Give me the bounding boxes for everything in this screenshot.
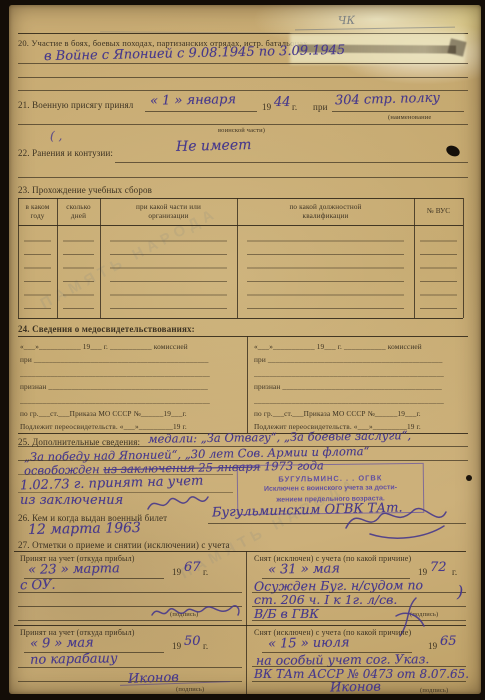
medical-left-column: «___»___________ 19___ г. ___________ ко…	[20, 340, 242, 434]
stamp-line-2: Исключен с воинского учета за дости-	[238, 484, 423, 495]
medical-row: по гр.___ст.___Приказа МО СССР №______19…	[254, 407, 464, 420]
medical-row: признан ________________________________…	[254, 380, 464, 393]
col-header-days: сколько дней	[58, 200, 99, 224]
rule-line	[18, 77, 468, 78]
medical-row: ________________________________________…	[254, 394, 464, 407]
signature-squiggle	[145, 489, 210, 515]
empty-cell-lines	[58, 228, 99, 316]
printed-year-suffix: г.	[292, 102, 297, 112]
field-label-wounds: 22. Ранения и контузии:	[18, 148, 113, 158]
handwritten-signature-name: Иконов	[330, 680, 381, 696]
handwritten-remove-reason-3: В/Б в ГВК	[254, 606, 319, 621]
medical-row: по гр.___ст.___Приказа МО СССР №______19…	[20, 407, 242, 420]
handwritten-oath-date: « 1 » января	[150, 92, 236, 108]
release-pre: освобожден	[24, 462, 104, 477]
printed-year-suffix: г.	[203, 641, 208, 651]
field-label-registration: 27. Отметки о приеме и снятии (исключени…	[18, 540, 230, 550]
handwritten-accept-from-1: с ОУ.	[20, 578, 56, 594]
medical-right-column: «___»___________ 19___ г. ___________ ко…	[254, 340, 464, 434]
blank-underline	[115, 162, 468, 163]
handwritten-registered-2: из заключения	[20, 493, 123, 508]
handwritten-oath-year: 44	[274, 95, 291, 110]
medical-col-divider	[247, 336, 248, 433]
rule-line	[18, 592, 242, 593]
medical-row: ________________________________________…	[254, 367, 464, 380]
rule-line	[18, 124, 468, 125]
signature-flourish	[340, 500, 450, 540]
table-header-divider	[18, 225, 463, 226]
medical-row: признан ________________________________…	[20, 380, 242, 393]
handwritten-year-3: 50	[184, 634, 201, 649]
rule-line	[18, 63, 468, 64]
empty-cell-lines	[238, 228, 413, 316]
handwritten-year-2: 72	[430, 560, 447, 575]
stray-ink-mark: )	[457, 582, 463, 601]
handwritten-year-4: 65	[440, 634, 457, 649]
paper-hole	[466, 475, 472, 481]
handwritten-unit: 304 стр. полку	[335, 91, 440, 109]
field-label-medical: 24. Сведения о медосвидетельствованиях:	[18, 324, 195, 334]
rule-line	[18, 177, 468, 178]
printed-at-label: при	[313, 102, 328, 112]
handwritten-year-1: 67	[184, 560, 201, 575]
stamp-line-1: БУГУЛЬМИНС. . . ОГВК	[238, 473, 423, 484]
empty-cell-lines	[101, 228, 236, 316]
medical-row: при ____________________________________…	[254, 353, 464, 366]
handwritten-accept-from-2: по карабашу	[30, 651, 118, 668]
medical-row: «___»___________ 19___ г. ___________ ко…	[20, 340, 242, 353]
table-border	[463, 198, 464, 318]
empty-cell-lines	[19, 228, 56, 316]
stray-ink-mark: ( ,	[50, 129, 62, 143]
printed-year-prefix: 19	[172, 567, 181, 577]
printed-year-prefix: 19	[418, 567, 427, 577]
handwritten-accept-date-1: « 23 » марта	[28, 561, 120, 578]
printed-year-prefix: 19	[172, 641, 181, 651]
handwritten-remove-date-2: « 15 » июля	[268, 635, 350, 651]
rule-line	[252, 620, 466, 621]
medical-row: «___»___________ 19___ г. ___________ ко…	[254, 340, 464, 353]
handwritten-remove-date-1: « 31 » мая	[268, 561, 340, 577]
rule-line	[18, 667, 242, 668]
signature-hint: (подпись)	[420, 687, 448, 694]
pencil-note: ЧК	[338, 14, 355, 28]
handwritten-issue-date: 12 марта 1963	[28, 520, 141, 538]
handwritten-wounds: Не имеет	[176, 137, 252, 155]
signature-hint: (подпись)	[176, 686, 204, 693]
col-header-qualification: по какой должностной квалификации	[238, 200, 413, 224]
rule-line	[18, 336, 468, 337]
hint-unit-name-2: воинской части)	[218, 127, 265, 134]
printed-year-prefix: 19	[428, 641, 437, 651]
printed-year-suffix: г.	[452, 567, 457, 577]
grid-col-divider	[246, 551, 247, 694]
printed-year-suffix: г.	[203, 567, 208, 577]
hint-unit-name: (наименование	[388, 114, 431, 121]
medical-row: при ____________________________________…	[20, 353, 242, 366]
grid-border-top	[14, 551, 466, 552]
document-scan: ПАМЯТЬ НАРОДА ПАМЯТЬ НАРОДА ЧК 20. Участ…	[0, 0, 485, 700]
signature-squiggle	[148, 597, 243, 623]
blank-underline	[145, 111, 257, 112]
col-header-year: в каком году	[19, 200, 56, 224]
blank-underline	[332, 111, 464, 112]
table-border-top	[18, 198, 463, 199]
handwritten-remove-reason-2: ст. 206 ч. I к 1г. л/св.	[254, 592, 397, 607]
field-label-oath: 21. Военную присягу принял	[18, 100, 133, 110]
field-label-training: 23. Прохождение учебных сборов	[18, 185, 152, 195]
handwritten-accept-date-2: « 9 » мая	[30, 635, 94, 651]
col-header-vus: № ВУС	[415, 200, 462, 224]
printed-year-prefix: 19	[262, 102, 271, 112]
empty-cell-lines	[415, 228, 462, 316]
table-border-bottom	[18, 318, 463, 319]
medical-row: ________________________________________…	[20, 367, 242, 380]
col-header-unit: при какой части или организации	[101, 200, 236, 224]
medical-row: ________________________________________…	[20, 394, 242, 407]
